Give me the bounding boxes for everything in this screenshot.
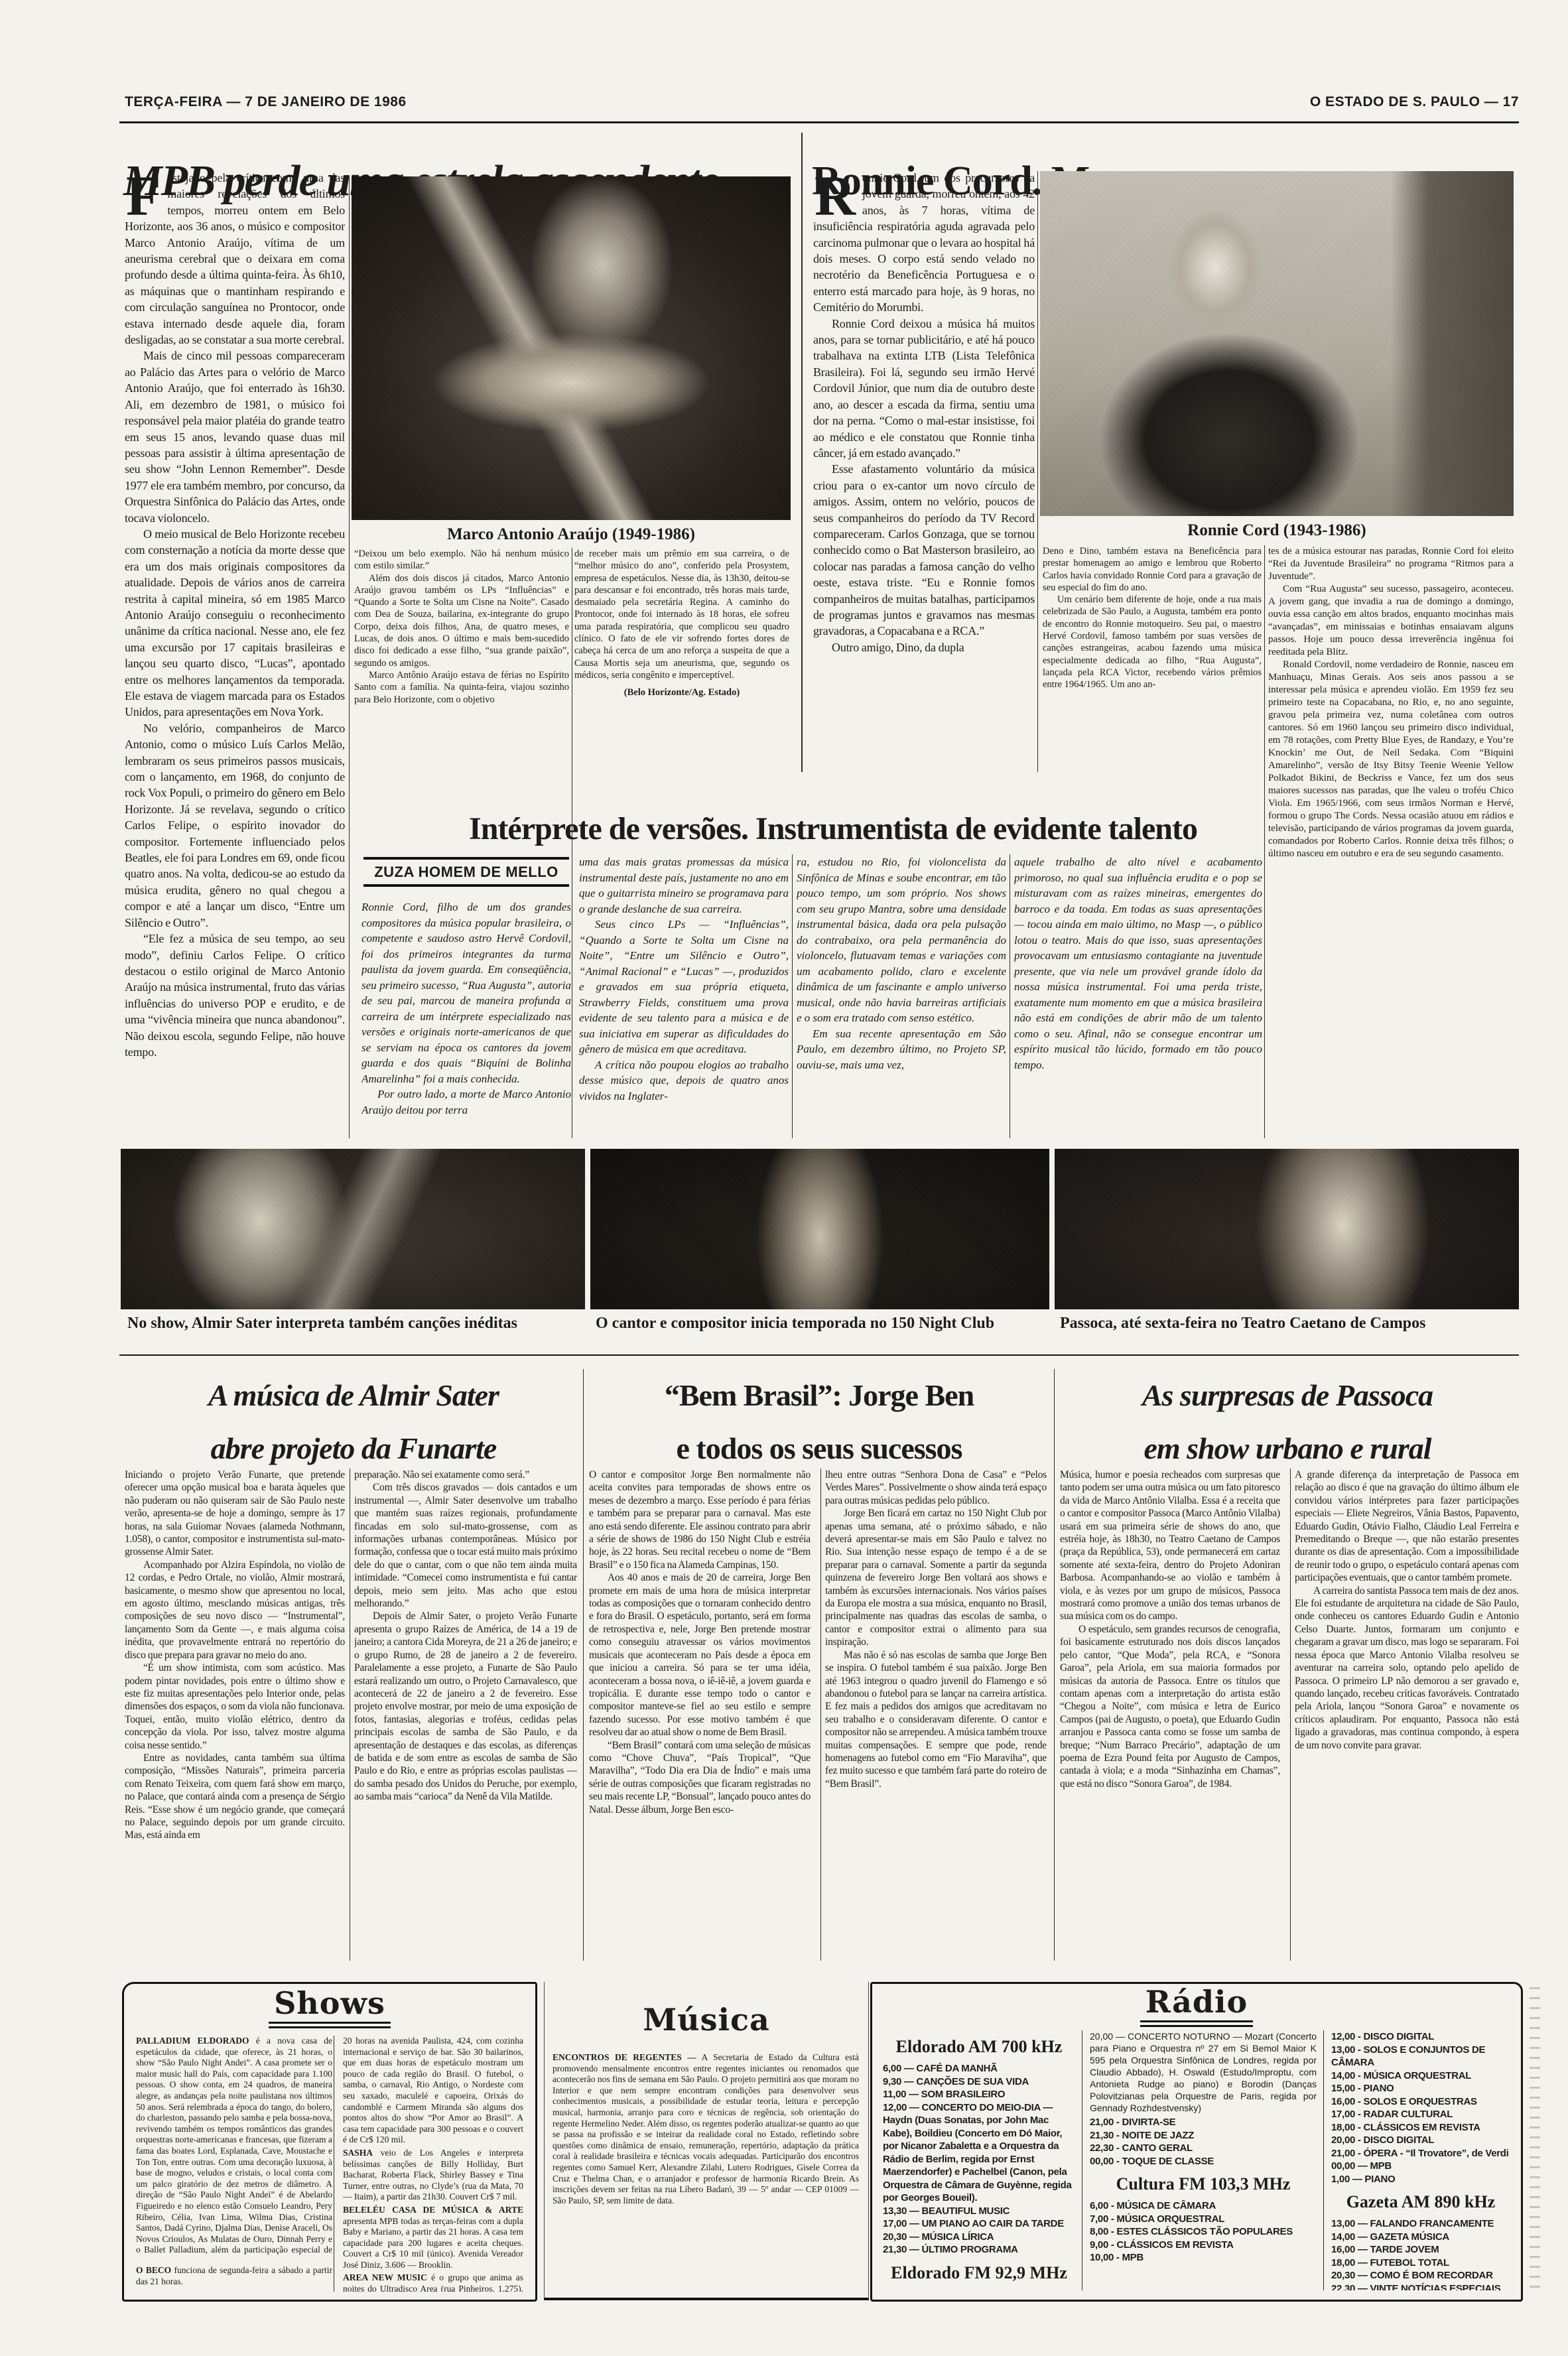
musica-title: Música: [637, 2004, 775, 2038]
paragraph: lheu entre outras “Senhora Dona de Casa”…: [825, 1469, 1047, 1507]
paragraph: A carreira do santista Passoca tem mais …: [1295, 1585, 1519, 1752]
paragraph: Festejado pela crítica como uma das maio…: [125, 170, 345, 348]
paragraph: Ronnie Cord, filho de um dos grandes com…: [361, 899, 571, 1086]
edition-date: TERÇA-FEIRA — 7 DE JANEIRO DE 1986: [125, 94, 669, 110]
radio-column-1: Eldorado AM 700 kHz 6,00 — CAFÉ DA MANHÃ…: [883, 2030, 1075, 2290]
column-rule: [1010, 854, 1010, 1138]
photo-marco-antonio-guitar: [352, 176, 791, 520]
column-rule: [572, 548, 572, 1138]
paragraph: Ronnie Cord, um dos precursores da jovem…: [813, 170, 1035, 316]
masthead-page-number: O ESTADO DE S. PAULO — 17: [1121, 94, 1519, 110]
paragraph: ra, estudou no Rio, foi violoncelista da…: [797, 854, 1006, 1026]
venue-name: SASHA: [343, 2148, 373, 2158]
band-caption-passoca: Passoca, até sexta-feira no Teatro Caeta…: [1060, 1315, 1518, 1333]
mpb-column-3: de receber mais um prêmio em sua carreir…: [574, 548, 789, 772]
shows-entry: 20 horas na avenida Paulista, 424, com c…: [343, 2036, 523, 2146]
headline-almir: A música de Almir Sater abre projeto da …: [125, 1369, 582, 1475]
photo-caption-ronnie: Ronnie Cord (1943-1986): [1040, 521, 1514, 540]
headline-line: A música de Almir Sater: [125, 1369, 582, 1422]
venue-name: O BECO: [136, 2265, 171, 2275]
paragraph: Aos 40 anos e mais de 20 de carreira, Jo…: [589, 1571, 811, 1738]
paragraph: Outro amigo, Dino, da dupla: [813, 639, 1035, 655]
jorge-column-1: O cantor e compositor Jorge Ben normalme…: [589, 1469, 811, 1961]
photo-ronnie-cord: [1040, 171, 1514, 516]
paragraph: “Ele fez a música de seu tempo, ao seu m…: [125, 931, 345, 1060]
almir-column-1: Iniciando o projeto Verão Funarte, que p…: [125, 1469, 345, 1961]
paragraph: Um cenário bem diferente de hoje, onde a…: [1043, 594, 1262, 690]
paragraph: Além dos dois discos já citados, Marco A…: [354, 572, 569, 669]
musica-column: ENCONTROS DE REGENTES — A Secretaria de …: [553, 2052, 859, 2288]
listings-gazeta-am: 13,00 — FALANDO FRANCAMENTE 14,00 — GAZE…: [1331, 2217, 1510, 2290]
entry-text: apresenta MPB todas as terças-feiras com…: [343, 2216, 523, 2270]
shows-entry: BELELÉU CASA DE MÚSICA & ARTE apresenta …: [343, 2205, 523, 2271]
paragraph: Com três discos gravados — dois cantados…: [354, 1481, 577, 1610]
venue-name: PALLADIUM ELDORADO: [136, 2036, 249, 2046]
column-rule: [1082, 2030, 1082, 2290]
station-cultura-fm: Cultura FM 103,3 MHz: [1090, 2174, 1317, 2194]
passoca-column-1: Música, humor e poesia recheados com sur…: [1060, 1469, 1280, 1961]
radio-column-3: 12,00 - DISCO DIGITAL 13,00 - SOLOS E CO…: [1331, 2030, 1510, 2290]
paragraph: Acompanhado por Alzira Espíndola, no vio…: [125, 1559, 345, 1662]
musica-title-wrap: Música: [545, 2004, 868, 2038]
radio-column-2: 20,00 — CONCERTO NOTURNO — Mozart (Conce…: [1090, 2030, 1317, 2290]
scan-noise: [1530, 1987, 1540, 2292]
interprete-column-1: Ronnie Cord, filho de um dos grandes com…: [361, 899, 571, 1137]
paragraph: uma das mais gratas promessas da música …: [579, 854, 789, 917]
paragraph: Por outro lado, a morte de Marco Antonio…: [361, 1086, 571, 1118]
column-rule: [1290, 1469, 1291, 1961]
listings-cultura-fm-afternoon: 12,00 - DISCO DIGITAL 13,00 - SOLOS E CO…: [1331, 2030, 1510, 2186]
paragraph: A crítica não poupou elogios ao trabalho…: [579, 1057, 789, 1104]
paragraph: Jorge Ben ficará em cartaz no 150 Night …: [825, 1507, 1047, 1648]
interprete-column-4: aquele trabalho de alto nível e acabamen…: [1014, 854, 1262, 1138]
shows-title: Shows: [269, 1988, 391, 2028]
byline-zuza-homem-de-mello: ZUZA HOMEM DE MELLO: [363, 857, 569, 887]
article-divider: [801, 133, 803, 772]
paragraph: Mais de cinco mil pessoas compareceram a…: [125, 348, 345, 525]
paragraph: Entre as novidades, canta também sua últ…: [125, 1752, 345, 1842]
interprete-column-2: uma das mais gratas promessas da música …: [579, 854, 789, 1138]
photo-almir-sater-show: [121, 1149, 585, 1309]
venue-name: BELELÉU CASA DE MÚSICA & ARTE: [343, 2205, 523, 2215]
paragraph: Marco Antônio Araújo estava de férias no…: [354, 669, 569, 706]
shows-title-wrap: Shows: [124, 1988, 535, 2028]
paragraph: Iniciando o projeto Verão Funarte, que p…: [125, 1469, 345, 1559]
article-divider: [1054, 1369, 1055, 1961]
photo-caption-marco: Marco Antonio Araújo (1949-1986): [352, 525, 791, 544]
entry-lead: ENCONTROS DE REGENTES —: [553, 2052, 696, 2062]
headline-line: em show urbano e rural: [1056, 1422, 1519, 1475]
paragraph: “É um show intimista, com som acústico. …: [125, 1662, 345, 1752]
listings-eldorado-am: 6,00 — CAFÉ DA MANHÃ 9,30 — CANÇÕES DE S…: [883, 2062, 1075, 2257]
photo-passoca-theater: [1055, 1149, 1519, 1309]
entry-text: é a nova casa de espetáculos da cidade, …: [136, 2036, 332, 2255]
agency-credit: (Belo Horizonte/Ag. Estado): [574, 687, 789, 698]
column-rule: [1264, 545, 1265, 1138]
radio-box: Rádio Eldorado AM 700 kHz 6,00 — CAFÉ DA…: [870, 1982, 1523, 2302]
column-rule: [334, 2036, 334, 2292]
section-rule: [119, 1354, 1519, 1356]
paragraph: tes de a música estourar nas paradas, Ro…: [1268, 545, 1514, 583]
paragraph: O cantor e compositor Jorge Ben normalme…: [589, 1469, 811, 1571]
paragraph: No velório, companheiros de Marco Antoni…: [125, 720, 345, 931]
paragraph: “Deixou um belo exemplo. Não há nenhum m…: [354, 548, 569, 572]
newspaper-page: TERÇA-FEIRA — 7 DE JANEIRO DE 1986 O EST…: [0, 0, 1568, 2356]
musica-entry: ENCONTROS DE REGENTES — A Secretaria de …: [553, 2052, 859, 2206]
jorge-column-2: lheu entre outras “Senhora Dona de Casa”…: [825, 1469, 1047, 1961]
paragraph: de receber mais um prêmio em sua carreir…: [574, 548, 789, 681]
headline-interprete: Intérprete de versões. Instrumentista de…: [371, 813, 1295, 845]
byline-container: ZUZA HOMEM DE MELLO: [361, 857, 571, 887]
station-gazeta-am: Gazeta AM 890 kHz: [1331, 2192, 1510, 2212]
ronnie-column-a: Deno e Dino, também estava na Beneficênc…: [1043, 545, 1262, 773]
musica-panel: Música ENCONTROS DE REGENTES — A Secreta…: [544, 1982, 869, 2300]
paragraph: Em sua recente apresentação em São Paulo…: [797, 1026, 1006, 1073]
radio-title: Rádio: [1140, 1987, 1253, 2027]
column-rule: [1323, 2030, 1324, 2290]
passoca-column-2: A grande diferença da interpretação de P…: [1295, 1469, 1519, 1961]
paragraph: Seus cinco LPs — “Influências”, “Quando …: [579, 917, 789, 1057]
station-eldorado-fm: Eldorado FM 92,9 MHz: [883, 2263, 1075, 2283]
paragraph: Deno e Dino, também estava na Beneficênc…: [1043, 545, 1262, 594]
ronnie-column-b: tes de a música estourar nas paradas, Ro…: [1268, 545, 1514, 1140]
listings-eldorado-fm-night: 21,00 - DIVIRTA-SE 21,30 - NOITE DE JAZZ…: [1090, 2116, 1317, 2168]
paragraph: aquele trabalho de alto nível e acabamen…: [1014, 854, 1262, 1073]
paragraph: Mas não é só nas escolas de samba que Jo…: [825, 1649, 1047, 1790]
mpb-column-2: “Deixou um belo exemplo. Não há nenhum m…: [354, 548, 569, 772]
paragraph: Com “Rua Augusta” seu sucesso, passageir…: [1268, 583, 1514, 659]
almir-column-2: preparação. Não sei exatamente como será…: [354, 1469, 577, 1961]
entry-text: A Secretaria de Estado da Cultura está p…: [553, 2052, 859, 2205]
ronnie-column-1: Ronnie Cord, um dos precursores da jovem…: [813, 170, 1035, 772]
article-divider: [583, 1369, 584, 1961]
paragraph: O meio musical de Belo Horizonte recebeu…: [125, 526, 345, 720]
headline-line: As surpresas de Passoca: [1056, 1369, 1519, 1422]
column-rule: [350, 1469, 350, 1961]
shows-column-1: PALLADIUM ELDORADO é a nova casa de espe…: [136, 2036, 332, 2255]
column-rule: [820, 1469, 821, 1961]
header-rule: [119, 121, 1519, 123]
venue-name: AREA NEW MUSIC: [343, 2272, 427, 2282]
shows-entry: AREA NEW MUSIC é o grupo que anima as no…: [343, 2272, 523, 2292]
band-caption-almir: No show, Almir Sater interpreta também c…: [127, 1315, 578, 1333]
paragraph: Depois de Almir Sater, o projeto Verão F…: [354, 1610, 577, 1803]
shows-footer: O BECO funciona de segunda-feira a sábad…: [136, 2265, 332, 2292]
column-rule: [349, 176, 350, 1138]
paragraph: Ronnie Cord deixou a música há muitos an…: [813, 316, 1035, 462]
paragraph: Esse afastamento voluntário da música cr…: [813, 461, 1035, 639]
headline-line: abre projeto da Funarte: [125, 1422, 582, 1475]
headline-jorge-ben: “Bem Brasil”: Jorge Ben e todos os seus …: [589, 1369, 1049, 1475]
paragraph: Ronald Cordovil, nome verdadeiro de Ronn…: [1268, 659, 1514, 860]
shows-box: Shows PALLADIUM ELDORADO é a nova casa d…: [122, 1982, 537, 2302]
shows-entry: SASHA veio de Los Angeles e interpreta b…: [343, 2148, 523, 2203]
headline-line: “Bem Brasil”: Jorge Ben: [589, 1369, 1049, 1422]
listings-eldorado-fm: 16,00 — CANTO GERAL 18,00 — BOCA DA NOIT…: [883, 2288, 1075, 2291]
mpb-column-1: Festejado pela crítica como uma das maio…: [125, 170, 345, 1136]
column-rule: [1037, 171, 1038, 772]
listing-concerto-noturno: 20,00 — CONCERTO NOTURNO — Mozart (Conce…: [1090, 2030, 1317, 2114]
column-rule: [792, 854, 793, 1138]
shows-column-2: 20 horas na avenida Paulista, 424, com c…: [343, 2036, 523, 2292]
paragraph: preparação. Não sei exatamente como será…: [354, 1469, 577, 1481]
interprete-column-3: ra, estudou no Rio, foi violoncelista da…: [797, 854, 1006, 1138]
photo-jorge-ben-stage: [590, 1149, 1049, 1309]
paragraph: “Bem Brasil” contará com uma seleção de …: [589, 1739, 811, 1816]
shows-entry: PALLADIUM ELDORADO é a nova casa de espe…: [136, 2036, 332, 2255]
station-eldorado-am: Eldorado AM 700 kHz: [883, 2037, 1075, 2057]
band-caption-jorge: O cantor e compositor inicia temporada n…: [596, 1315, 1047, 1333]
headline-passoca: As surpresas de Passoca em show urbano e…: [1056, 1369, 1519, 1475]
paragraph: A grande diferença da interpretação de P…: [1295, 1469, 1519, 1585]
headline-line: e todos os seus sucessos: [589, 1422, 1049, 1475]
radio-title-wrap: Rádio: [872, 1987, 1521, 2027]
paragraph: O espetáculo, sem grandes recursos de ce…: [1060, 1623, 1280, 1790]
listings-cultura-fm: 6,00 - MÚSICA DE CÂMARA 7,00 - MÚSICA OR…: [1090, 2199, 1317, 2264]
paragraph: Música, humor e poesia recheados com sur…: [1060, 1469, 1280, 1623]
